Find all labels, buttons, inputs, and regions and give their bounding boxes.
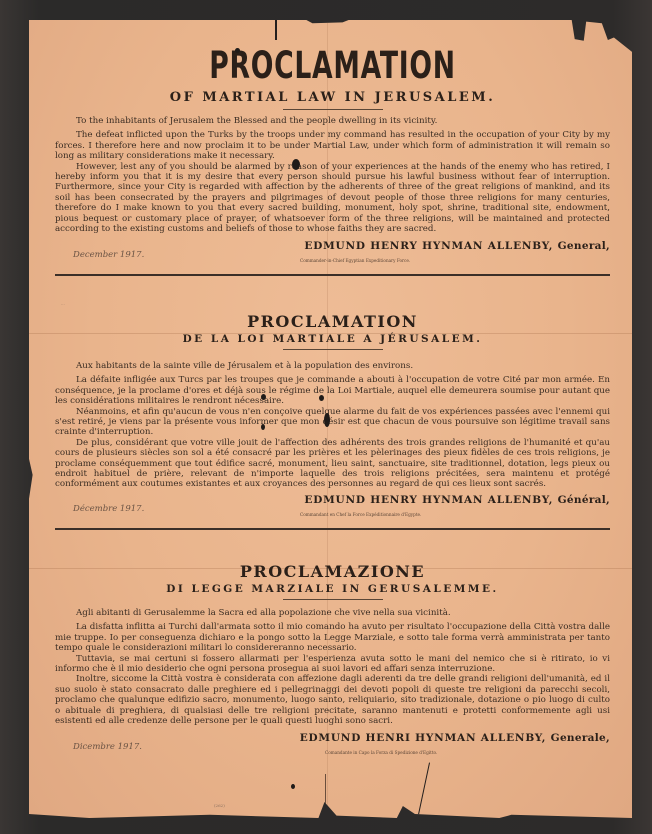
english-paragraph: The defeat inflicted upon the Turks by t…: [55, 130, 610, 161]
italian-body: Agli abitanti di Gerusalemme la Sacra ed…: [55, 608, 610, 726]
italian-subtitle: DI LEGGE MARZIALE IN GERUSALEMME.: [55, 583, 610, 595]
pin-hole: [292, 159, 300, 170]
italian-command-title: Comandante in Capo la Forza di Spedizion…: [325, 750, 437, 755]
italian-date: Dicembre 1917.: [73, 742, 142, 752]
pin-hole: [324, 413, 330, 427]
english-signature: EDMUND HENRY HYNMAN ALLENBY, General,: [304, 240, 610, 252]
french-signature-block: Décembre 1917. EDMUND HENRY HYNMAN ALLEN…: [55, 494, 610, 528]
english-subtitle: OF MARTIAL LAW IN JERUSALEM.: [55, 90, 610, 105]
signature-name: EDMUND HENRY HYNMAN ALLENBY,: [304, 494, 553, 506]
french-title: PROCLAMATION: [55, 312, 610, 332]
printer-mark: ...: [61, 301, 65, 306]
pin-hole: [261, 394, 266, 400]
french-paragraph: De plus, considérant que votre ville jou…: [55, 438, 610, 490]
pin-hole: [261, 424, 265, 430]
french-date: Décembre 1917.: [73, 504, 144, 514]
tear-top: [275, 20, 277, 40]
english-title: PROCLAMATION: [133, 46, 533, 86]
english-command-title: Commander-in-Chief Egyptian Expeditionar…: [300, 258, 410, 263]
french-subtitle: DE LA LOI MARTIALE A JÉRUSALEM.: [55, 333, 610, 345]
signature-name: EDMUND HENRY HYNMAN ALLENBY,: [304, 240, 553, 252]
pin-hole: [319, 395, 324, 401]
french-paragraph: La défaite infligée aux Turcs par les tr…: [55, 375, 610, 406]
french-body: Aux habitants de la sainte ville de Jéru…: [55, 361, 610, 490]
signature-name: EDMUND HENRI HYNMAN ALLENBY,: [300, 732, 547, 744]
section-english: PROCLAMATION OF MARTIAL LAW IN JERUSALEM…: [55, 46, 610, 276]
signature-rank: Generale,: [551, 732, 610, 744]
section-italian: PROCLAMAZIONE DI LEGGE MARZIALE IN GERUS…: [55, 562, 610, 766]
italian-greeting: Agli abitanti di Gerusalemme la Sacra ed…: [55, 608, 610, 618]
english-greeting: To the inhabitants of Jerusalem the Bles…: [55, 116, 610, 126]
english-signature-block: December 1917. EDMUND HENRY HYNMAN ALLEN…: [55, 240, 610, 274]
short-rule: [283, 599, 383, 600]
italian-signature: EDMUND HENRI HYNMAN ALLENBY, Generale,: [300, 732, 610, 744]
italian-paragraph: Inoltre, siccome la Città vostra è consi…: [55, 674, 610, 726]
section-divider: [55, 528, 610, 530]
pin-hole: [291, 784, 295, 789]
printer-mark: (262): [214, 803, 225, 808]
short-rule: [283, 349, 383, 350]
italian-title: PROCLAMAZIONE: [55, 562, 610, 582]
italian-signature-block: Dicembre 1917. EDMUND HENRI HYNMAN ALLEN…: [55, 732, 610, 766]
section-divider: [55, 274, 610, 276]
english-paragraph: However, lest any of you should be alarm…: [55, 162, 610, 235]
french-paragraph: Néanmoins, et afin qu'aucun de vous n'en…: [55, 407, 610, 438]
proclamation-poster: PROCLAMATION OF MARTIAL LAW IN JERUSALEM…: [29, 20, 632, 818]
short-rule: [283, 109, 383, 110]
english-date: December 1917.: [73, 250, 144, 260]
french-greeting: Aux habitants de la sainte ville de Jéru…: [55, 361, 610, 371]
signature-rank: Général,: [558, 494, 610, 506]
french-signature: EDMUND HENRY HYNMAN ALLENBY, Général,: [304, 494, 610, 506]
signature-rank: General,: [558, 240, 610, 252]
section-french: PROCLAMATION DE LA LOI MARTIALE A JÉRUSA…: [55, 312, 610, 530]
italian-paragraph: Tuttavia, se mai certuni si fossero alla…: [55, 654, 610, 675]
italian-paragraph: La disfatta inflitta ai Turchi dall'arma…: [55, 622, 610, 653]
tear-line: [417, 763, 430, 820]
pin-hole: [235, 48, 240, 53]
french-command-title: Commandant en Chef la Force Expéditionna…: [300, 512, 421, 517]
english-body: To the inhabitants of Jerusalem the Bles…: [55, 116, 610, 234]
